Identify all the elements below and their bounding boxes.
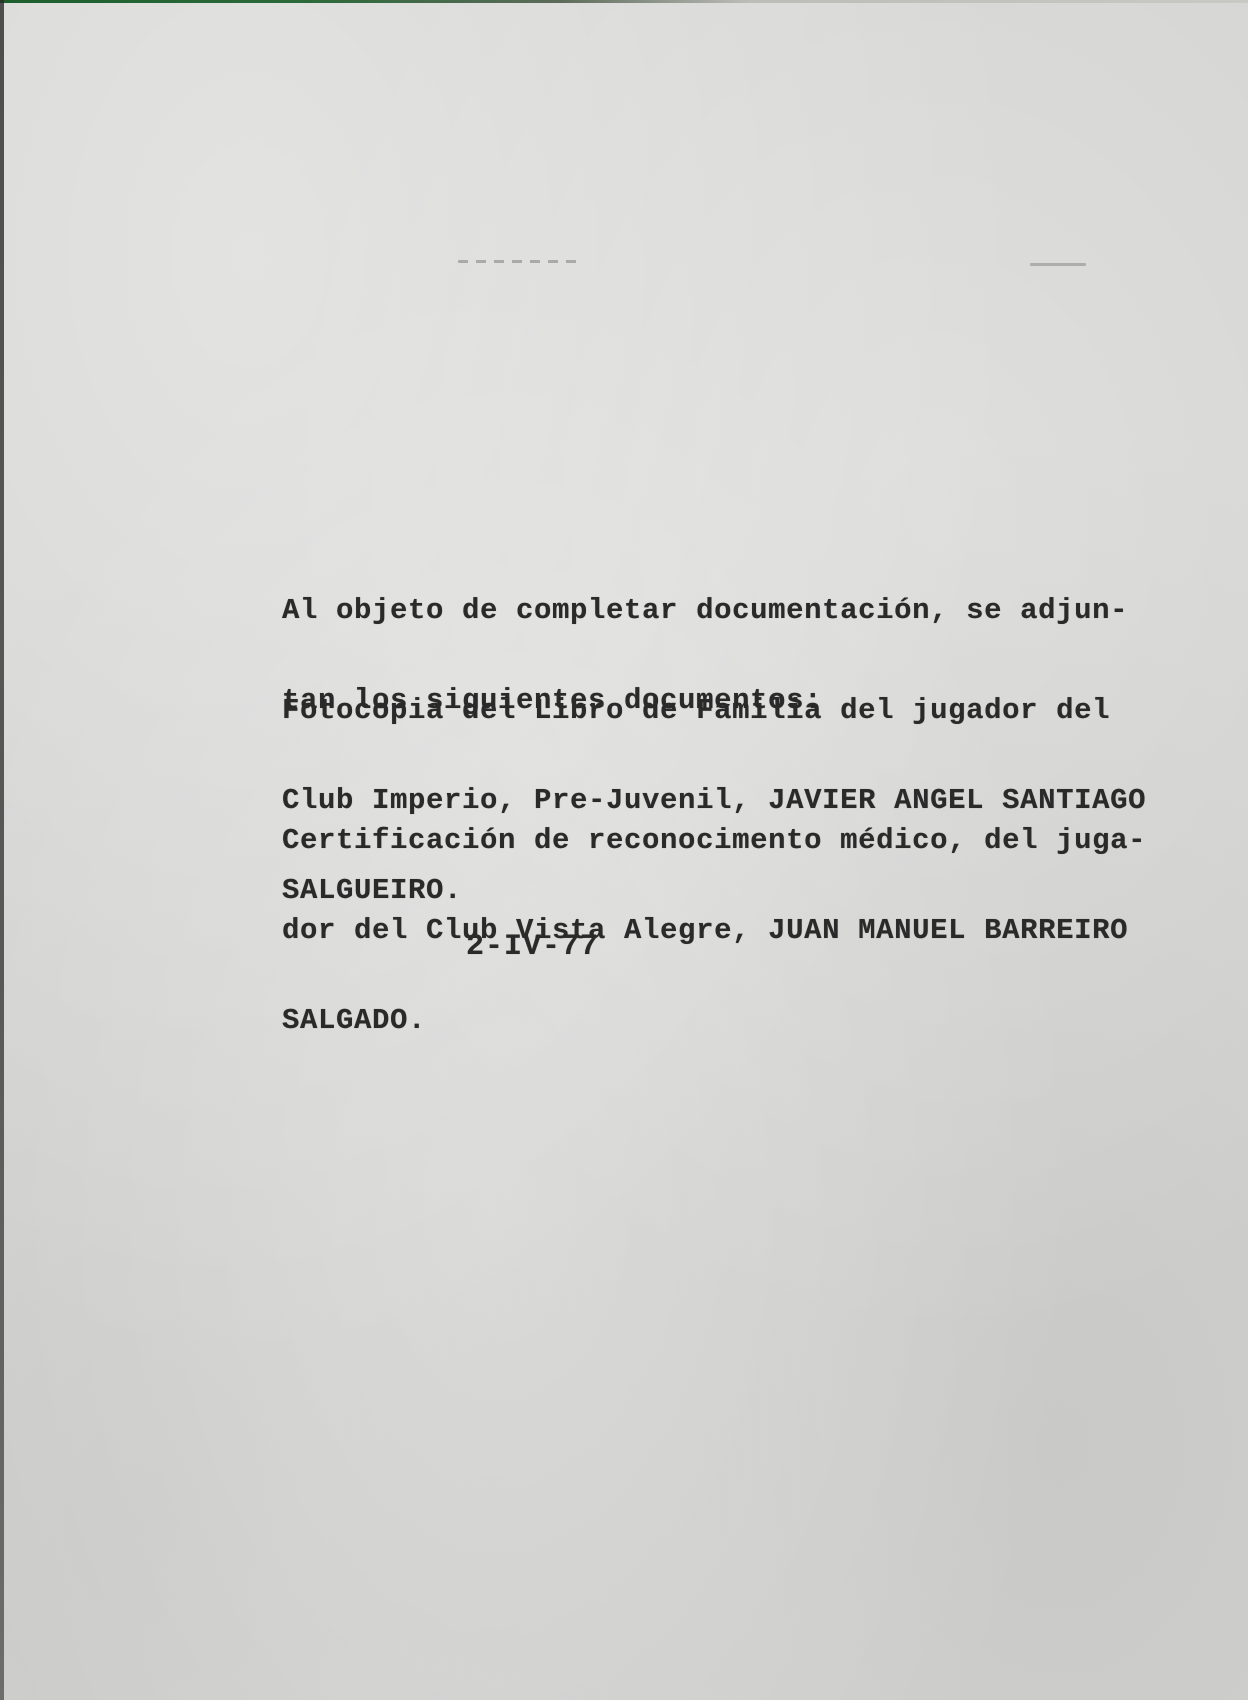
scan-left-edge [0, 0, 4, 1700]
text-line: dor del Club Vista Alegre, JUAN MANUEL B… [282, 916, 1146, 946]
scan-top-edge [0, 0, 1248, 3]
text-line: Fotocopia del Libro de Familia del jugad… [282, 696, 1146, 726]
faint-bleedthrough-mark [1030, 263, 1086, 266]
document-item-medical-certificate: Certificación de reconocimento médico, d… [282, 766, 1146, 1066]
faint-bleedthrough-mark [458, 260, 578, 263]
text-line: SALGADO. [282, 1006, 1146, 1036]
text-line: Certificación de reconocimento médico, d… [282, 826, 1146, 856]
document-date: 2-IV-77 [466, 930, 599, 964]
text-line: Al objeto de completar documentación, se… [282, 596, 1128, 626]
